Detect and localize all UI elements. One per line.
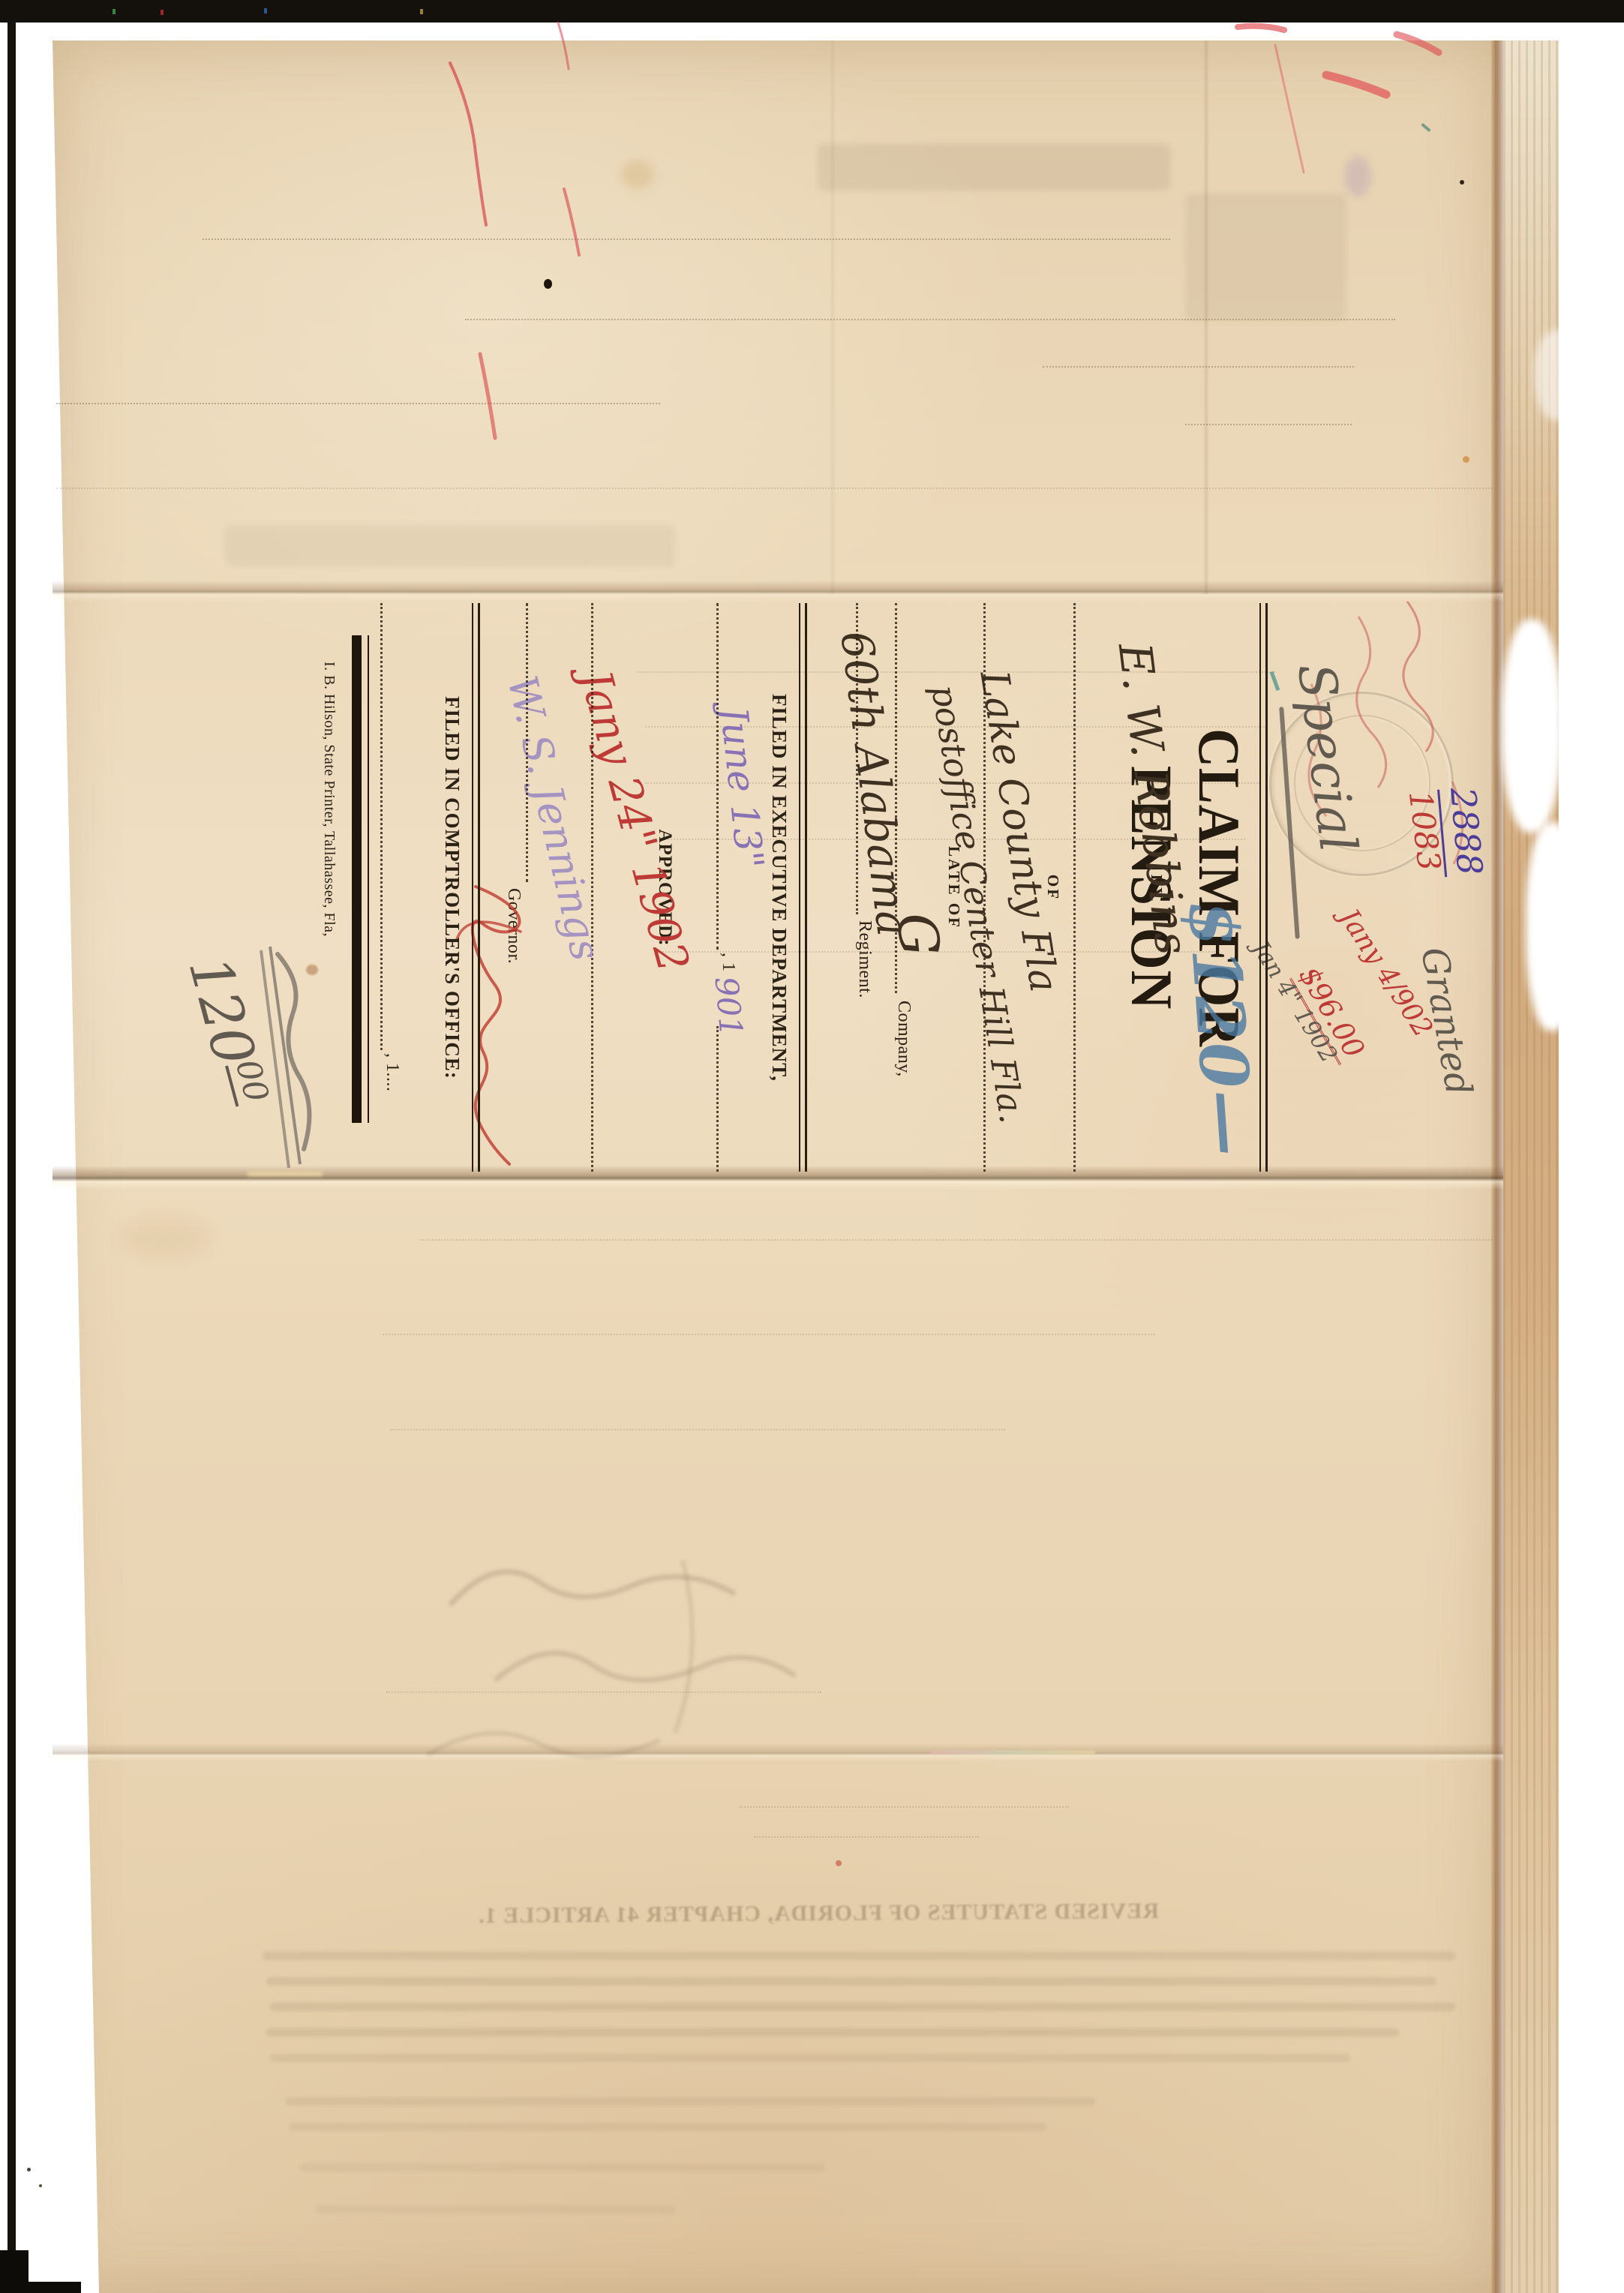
printer-credit: I. B. Hilson, State Printer, Tallahassee…	[320, 662, 338, 937]
bleedthrough-line	[266, 1977, 1436, 1985]
bleedthrough-line	[285, 2097, 1095, 2105]
dotted-line	[716, 1026, 719, 1172]
bleedthrough-dotline	[390, 1429, 1005, 1430]
paper-speck	[1463, 456, 1469, 463]
regiment-label: Regiment.	[854, 920, 875, 998]
bleedthrough-line	[289, 2123, 1046, 2131]
company-label: Company,	[893, 1001, 914, 1077]
scan-glare	[1526, 822, 1578, 1031]
bleedthrough-band	[225, 525, 675, 566]
scanner-corner-mark	[0, 2282, 81, 2293]
paper-stain	[120, 1215, 210, 1260]
bleedthrough-dotline	[383, 1334, 1155, 1335]
year-prefix: , 1	[718, 953, 738, 972]
dotted-line	[856, 603, 858, 914]
double-rule	[472, 603, 480, 1172]
filed-comptroller-heading: FILED IN COMPTROLLER'S OFFICE:	[440, 594, 464, 1181]
comptroller-year-stub: , 1....	[382, 1053, 402, 1092]
bleedthrough-dotline	[420, 1239, 1493, 1241]
bleedthrough-line	[263, 1952, 1455, 1960]
bleedthrough-line	[266, 2028, 1399, 2036]
bleedthrough-statute-heading: REVISED STATUTES OF FLORIDA, CHAPTER 41 …	[525, 1898, 1159, 1928]
executive-filed-year: 901	[708, 975, 750, 1038]
bleedthrough-signatures	[360, 1515, 960, 1830]
regiment-value: 60th Alabama	[830, 628, 918, 938]
thick-rule	[352, 635, 362, 1123]
bleedthrough-dotline	[739, 1806, 1069, 1808]
bleedthrough-line	[300, 2163, 825, 2171]
margin-speck	[27, 2168, 31, 2171]
dotted-line	[1073, 603, 1076, 1172]
double-rule	[799, 603, 807, 1172]
executive-filed-date: June 13"	[712, 705, 772, 871]
bleedthrough-dotline	[754, 1836, 979, 1838]
scanned-document: 2888 1083 Granted Special Jany 4/902 $96…	[0, 0, 1624, 2293]
bleedthrough-line	[270, 2003, 1455, 2011]
paper-stain	[306, 965, 318, 975]
late-of-label: LATE OF	[944, 594, 963, 1181]
dotted-line	[716, 603, 719, 950]
margin-speck	[39, 2184, 42, 2187]
paper-speck	[836, 1860, 842, 1866]
red-ink-streaks	[0, 0, 1624, 525]
bleedthrough-line	[270, 2054, 1350, 2062]
pension-claim-form: 2888 1083 Granted Special Jany 4/902 $96…	[48, 594, 1497, 1181]
dotted-line	[380, 603, 383, 1050]
bleedthrough-line	[315, 2205, 675, 2213]
thin-rule	[368, 635, 369, 1123]
red-ink-signature	[453, 864, 536, 1179]
scan-glare	[1502, 620, 1562, 833]
paper-stain	[621, 161, 654, 189]
filed-executive-heading: FILED IN EXECUTIVE DEPARTMENT,	[767, 594, 791, 1181]
dotted-line	[526, 603, 528, 882]
